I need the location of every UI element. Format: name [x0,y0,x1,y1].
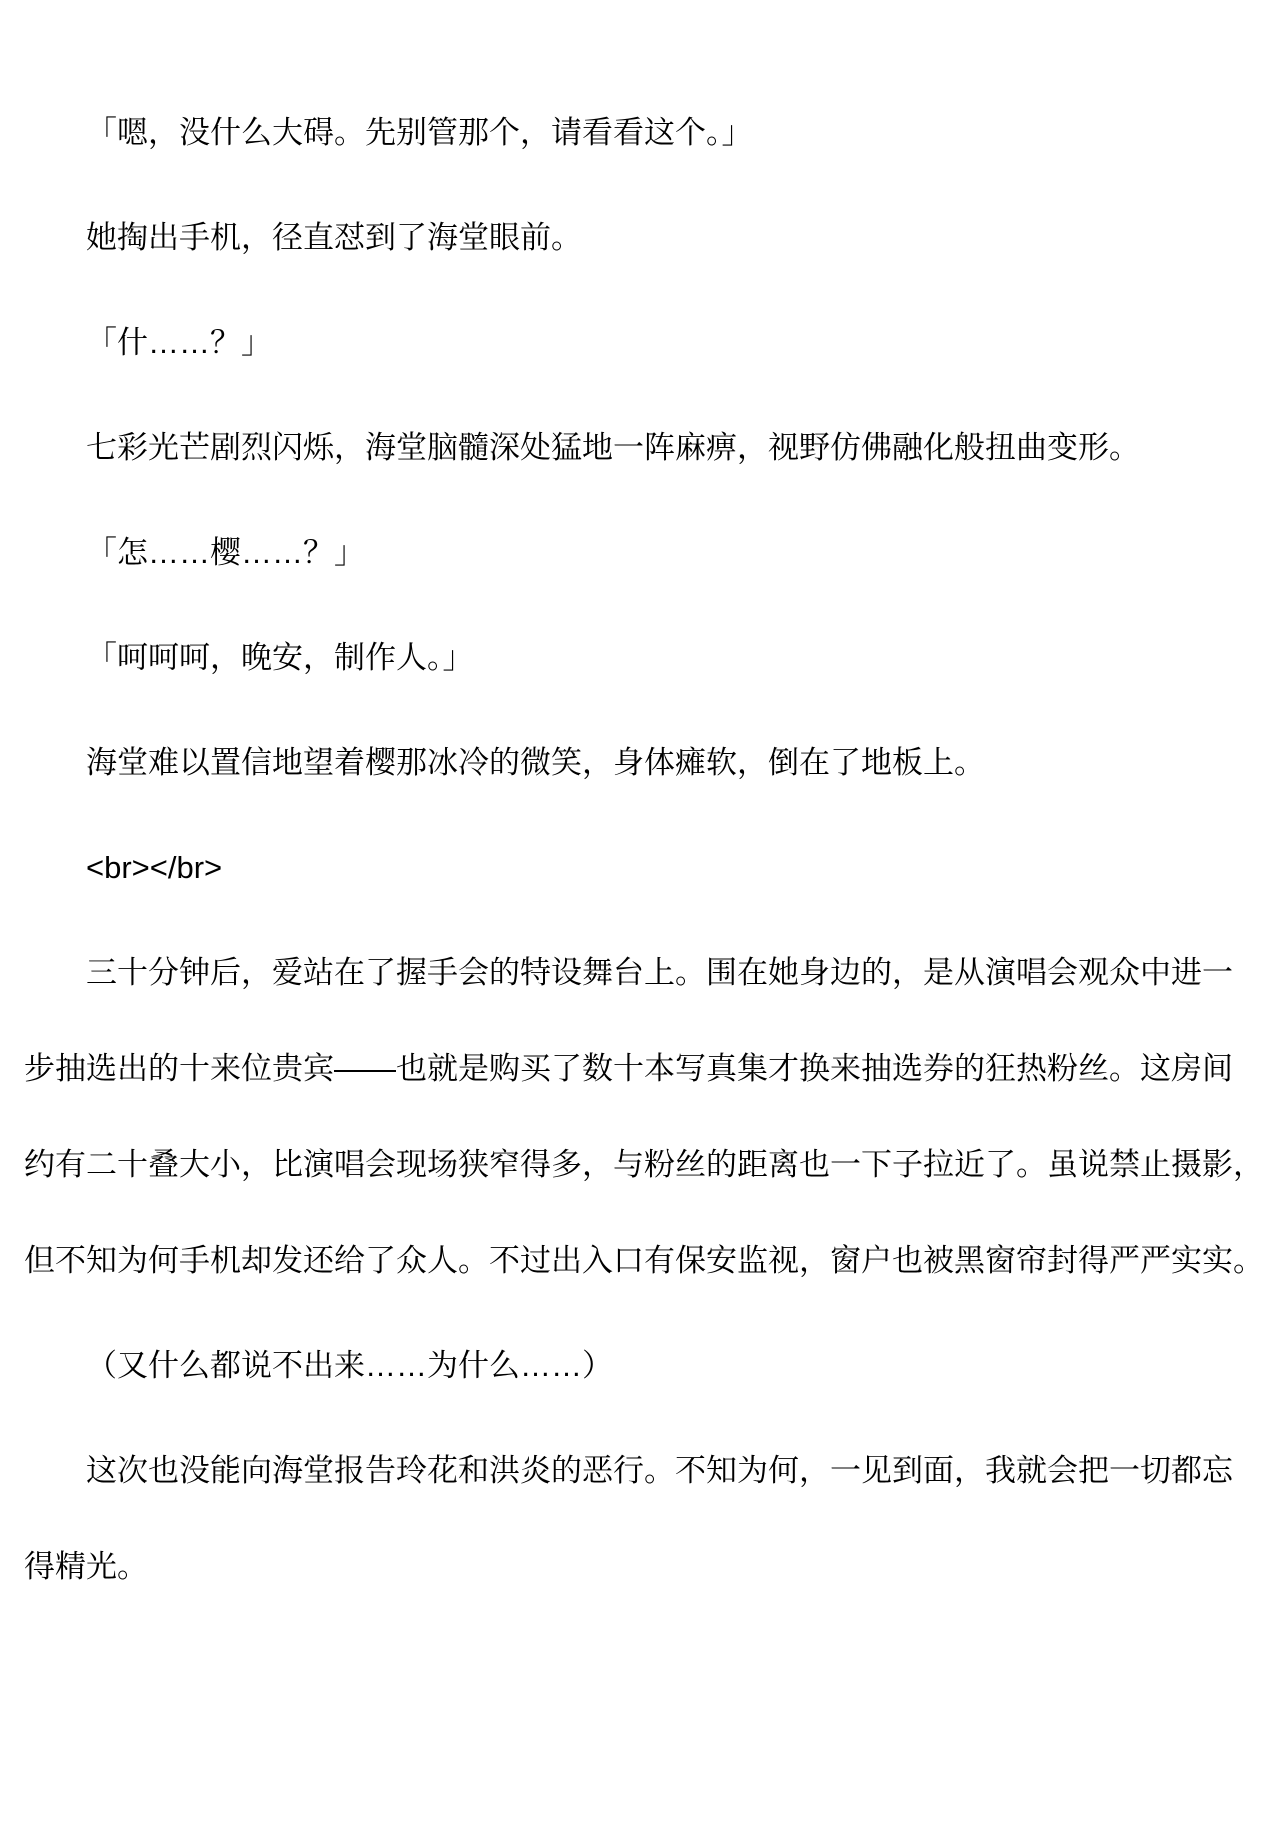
paragraph-line: 约有二十叠大小，比演唱会现场狭窄得多，与粉丝的距离也一下子拉近了。虽说禁止摄影， [24,1117,1256,1213]
paragraph-line: 这次也没能向海堂报告玲花和洪炎的恶行。不知为何，一见到面，我就会把一切都忘 [24,1423,1256,1519]
paragraph-line: 得精光。 [24,1519,1256,1615]
paragraph-line: 但不知为何手机却发还给了众人。不过出入口有保安监视，窗户也被黑窗帘封得严严实实。 [24,1213,1256,1309]
paragraph-line: 她掏出手机，径直怼到了海堂眼前。 [24,190,1256,286]
paragraph-line: 七彩光芒剧烈闪烁，海堂脑髓深处猛地一阵麻痹，视野仿佛融化般扭曲变形。 [24,400,1256,496]
paragraph-line: （又什么都说不出来……为什么……） [24,1318,1256,1414]
paragraph-line: 「怎……樱……？」 [24,505,1256,601]
paragraph-line: 「什……？」 [24,295,1256,391]
paragraph-line: 「呵呵呵，晚安，制作人。」 [24,610,1256,706]
break-tag-line: <br></br> [24,820,1256,916]
document-page: 「嗯，没什么大碍。先别管那个，请看看这个。」 她掏出手机，径直怼到了海堂眼前。 … [0,0,1280,1843]
paragraph-line: 「嗯，没什么大碍。先别管那个，请看看这个。」 [24,85,1256,181]
paragraph-line: 三十分钟后，爱站在了握手会的特设舞台上。围在她身边的，是从演唱会观众中进一 [24,925,1256,1021]
paragraph-line: 步抽选出的十来位贵宾——也就是购买了数十本写真集才换来抽选券的狂热粉丝。这房间 [24,1021,1256,1117]
paragraph-line: 海堂难以置信地望着樱那冰冷的微笑，身体瘫软，倒在了地板上。 [24,715,1256,811]
